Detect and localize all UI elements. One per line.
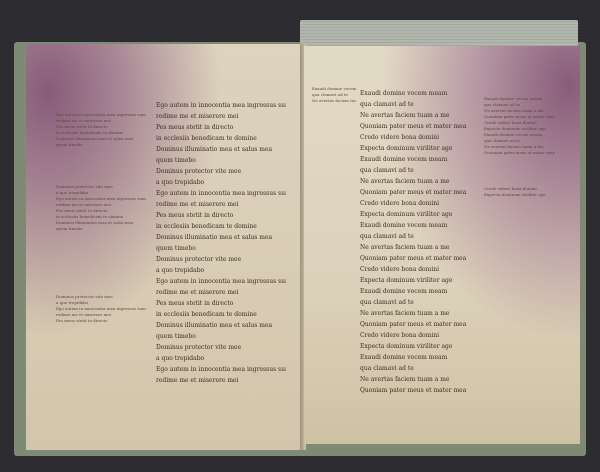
text-line: Quoniam pater meus et mater mea	[360, 319, 470, 330]
right-main-column: Exaudi domine vocem meam qua clamavi ad …	[360, 88, 470, 396]
text-line: Quoniam pater meus et mater mea	[360, 187, 470, 198]
text-line: Dominus illuminatio mea et salus mea	[156, 232, 286, 243]
text-line: a quo trepidabo	[156, 177, 286, 188]
text-line: Ego autem in innocentia mea ingressus su…	[156, 188, 286, 199]
left-main-column: Ego autem in innocentia mea ingressus su…	[156, 100, 286, 386]
text-line: in ecclesiis benedicam te domine	[156, 309, 286, 320]
text-line: qua clamavi ad te	[360, 99, 470, 110]
text-line: Dominus protector vite mee	[156, 254, 286, 265]
text-line: Pes meus stetit in directo	[156, 298, 286, 309]
gloss-line: Ne avertas faciem tuam a me	[312, 98, 356, 104]
gloss-line: Pes meus stetit in directo	[56, 318, 152, 324]
text-line: Exaudi domine vocem meam	[360, 154, 470, 165]
text-line: in ecclesiis benedicam te domine	[156, 221, 286, 232]
right-margin-gloss-2: Credo videre bona domini Expecta dominum…	[484, 186, 574, 198]
text-line: Dominus illuminatio mea et salus mea	[156, 320, 286, 331]
left-margin-gloss-3: Dominus protector vite mee a quo trepida…	[56, 294, 152, 324]
gloss-line: quem timebo	[56, 226, 152, 232]
text-line: qua clamavi ad te	[360, 231, 470, 242]
left-margin-gloss-2: Dominus protector vite mee a quo trepida…	[56, 184, 152, 232]
text-line: Ego autem in innocentia mea ingressus su…	[156, 100, 286, 111]
text-line: Credo videre bona domini	[360, 264, 470, 275]
text-line: Quoniam pater meus et mater mea	[360, 385, 470, 396]
text-line: Expecta dominum viriliter age	[360, 275, 470, 286]
text-line: Quoniam pater meus et mater mea	[360, 253, 470, 264]
text-line: Credo videre bona domini	[360, 132, 470, 143]
right-inner-gloss: Exaudi domine vocem meam qua clamavi ad …	[312, 86, 356, 104]
text-line: Ne avertas faciem tuam a me	[360, 176, 470, 187]
text-line: Exaudi domine vocem meam	[360, 352, 470, 363]
manuscript-photo: Ego autem in innocentia mea ingressus su…	[0, 0, 600, 472]
text-line: Ne avertas faciem tuam a me	[360, 374, 470, 385]
left-margin-gloss: Ego autem in innocentia mea ingressus su…	[56, 112, 152, 148]
left-page: Ego autem in innocentia mea ingressus su…	[26, 44, 304, 450]
text-line: in ecclesiis benedicam te domine	[156, 133, 286, 144]
text-line: Credo videre bona domini	[360, 330, 470, 341]
text-line: qua clamavi ad te	[360, 363, 470, 374]
text-line: Dominus illuminatio mea et salus mea	[156, 144, 286, 155]
text-line: a quo trepidabo	[156, 353, 286, 364]
right-margin-gloss: Exaudi domine vocem meam qua clamavi ad …	[484, 96, 574, 156]
text-line: Ne avertas faciem tuam a me	[360, 242, 470, 253]
text-line: quem timebo	[156, 331, 286, 342]
text-line: Ego autem in innocentia mea ingressus su…	[156, 276, 286, 287]
text-line: Expecta dominum viriliter age	[360, 143, 470, 154]
text-line: redime me et miserere mei	[156, 287, 286, 298]
text-line: redime me et miserere mei	[156, 375, 286, 386]
page-edges	[300, 20, 578, 46]
text-line: Ego autem in innocentia mea ingressus su…	[156, 364, 286, 375]
gloss-line: Expecta dominum viriliter age	[484, 192, 574, 198]
text-line: quem timebo	[156, 243, 286, 254]
text-line: Ne avertas faciem tuam a me	[360, 110, 470, 121]
text-line: Expecta dominum viriliter age	[360, 341, 470, 352]
gloss-line: Quoniam pater meus et mater mea	[484, 150, 574, 156]
text-line: Dominus protector vite mee	[156, 166, 286, 177]
text-line: a quo trepidabo	[156, 265, 286, 276]
text-line: Exaudi domine vocem meam	[360, 88, 470, 99]
text-line: Ne avertas faciem tuam a me	[360, 308, 470, 319]
text-line: quem timebo	[156, 155, 286, 166]
text-line: Exaudi domine vocem meam	[360, 286, 470, 297]
text-line: Quoniam pater meus et mater mea	[360, 121, 470, 132]
text-line: Pes meus stetit in directo	[156, 210, 286, 221]
text-line: qua clamavi ad te	[360, 297, 470, 308]
text-line: redime me et miserere mei	[156, 111, 286, 122]
text-line: Pes meus stetit in directo	[156, 122, 286, 133]
text-line: qua clamavi ad te	[360, 165, 470, 176]
text-line: Dominus protector vite mee	[156, 342, 286, 353]
right-page: Exaudi domine vocem meam qua clamavi ad …	[304, 46, 580, 444]
text-line: redime me et miserere mei	[156, 199, 286, 210]
gloss-line: quem timebo	[56, 142, 152, 148]
text-line: Credo videre bona domini	[360, 198, 470, 209]
text-line: Exaudi domine vocem meam	[360, 220, 470, 231]
text-line: Expecta dominum viriliter age	[360, 209, 470, 220]
